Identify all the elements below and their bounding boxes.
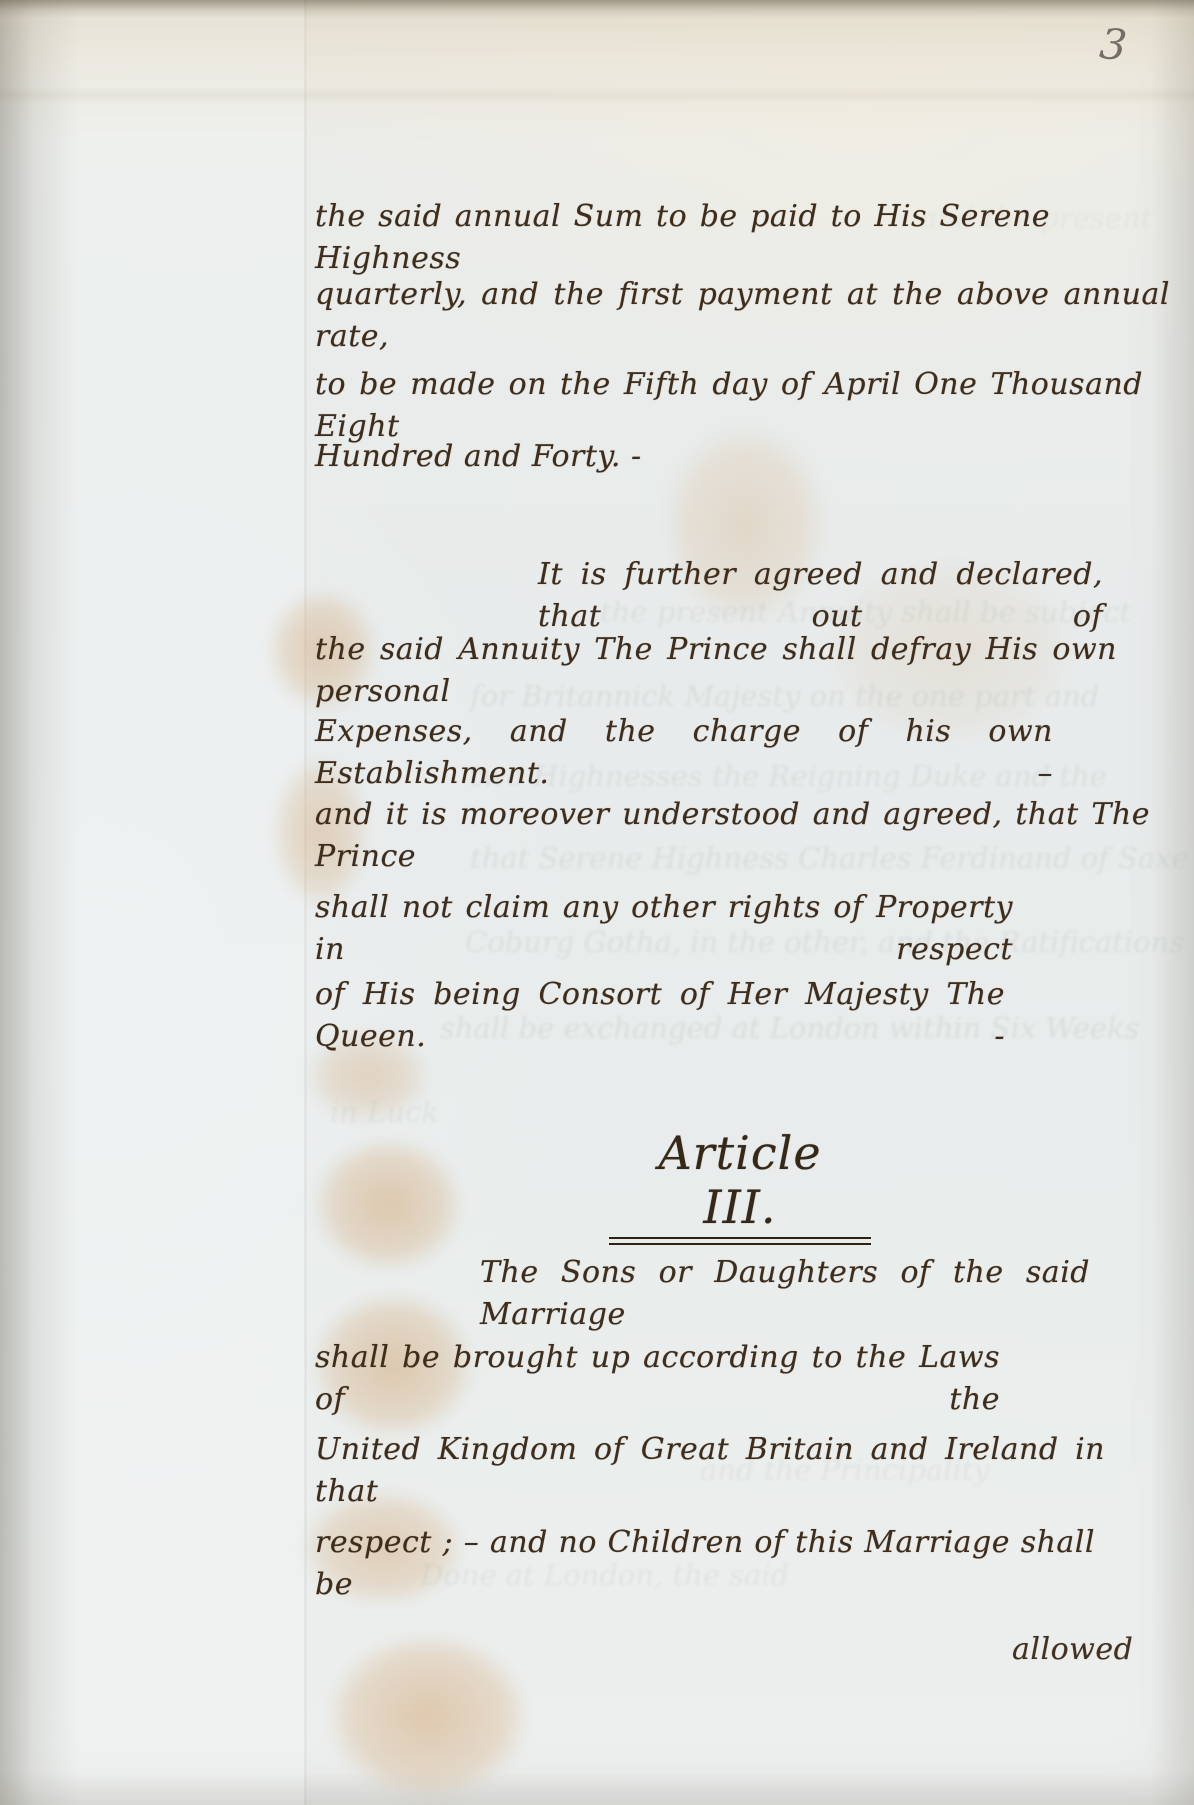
manuscript-page: and the presentthe present Annuity shall… bbox=[0, 0, 1194, 1805]
page-edge-shadow bbox=[0, 0, 80, 1805]
paper-stain bbox=[330, 1636, 526, 1796]
manuscript-line: Hundred and Forty. - bbox=[315, 436, 645, 478]
manuscript-line: United Kingdom of Great Britain and Irel… bbox=[315, 1429, 1105, 1513]
manuscript-line: the said annual Sum to be paid to His Se… bbox=[315, 196, 1050, 280]
page-edge-shadow bbox=[0, 0, 1194, 18]
page-edge-shadow bbox=[1150, 0, 1194, 1805]
page-edge-shadow bbox=[0, 0, 1194, 140]
article-heading: Article III. bbox=[609, 1126, 871, 1246]
manuscript-line: shall be brought up according to the Law… bbox=[315, 1337, 1000, 1421]
left-margin-band bbox=[0, 0, 304, 1805]
manuscript-line: The Sons or Daughters of the said Marria… bbox=[480, 1252, 1090, 1336]
manuscript-line: of His being Consort of Her Majesty The … bbox=[315, 974, 1005, 1058]
manuscript-line: shall not claim any other rights of Prop… bbox=[315, 887, 1013, 971]
article-heading-text: Article III. bbox=[609, 1126, 871, 1246]
manuscript-line: and it is moreover understood and agreed… bbox=[315, 794, 1150, 878]
page-number: 3 bbox=[1098, 19, 1130, 71]
manuscript-line: quarterly, and the first payment at the … bbox=[315, 274, 1170, 358]
page-edge-shadow bbox=[0, 1771, 1194, 1805]
manuscript-line: It is further agreed and declared, that … bbox=[538, 554, 1103, 638]
paper-stain bbox=[316, 1141, 460, 1269]
manuscript-line: the said Annuity The Prince shall defray… bbox=[315, 629, 1117, 713]
margin-fold-line bbox=[304, 0, 307, 1805]
catchword: allowed bbox=[1012, 1632, 1133, 1667]
manuscript-line: respect ; – and no Children of this Marr… bbox=[315, 1522, 1095, 1606]
manuscript-line: Expenses, and the charge of his own Esta… bbox=[315, 711, 1053, 795]
paper-crease bbox=[0, 86, 1194, 104]
show-through-text: in Luck bbox=[330, 1092, 490, 1132]
